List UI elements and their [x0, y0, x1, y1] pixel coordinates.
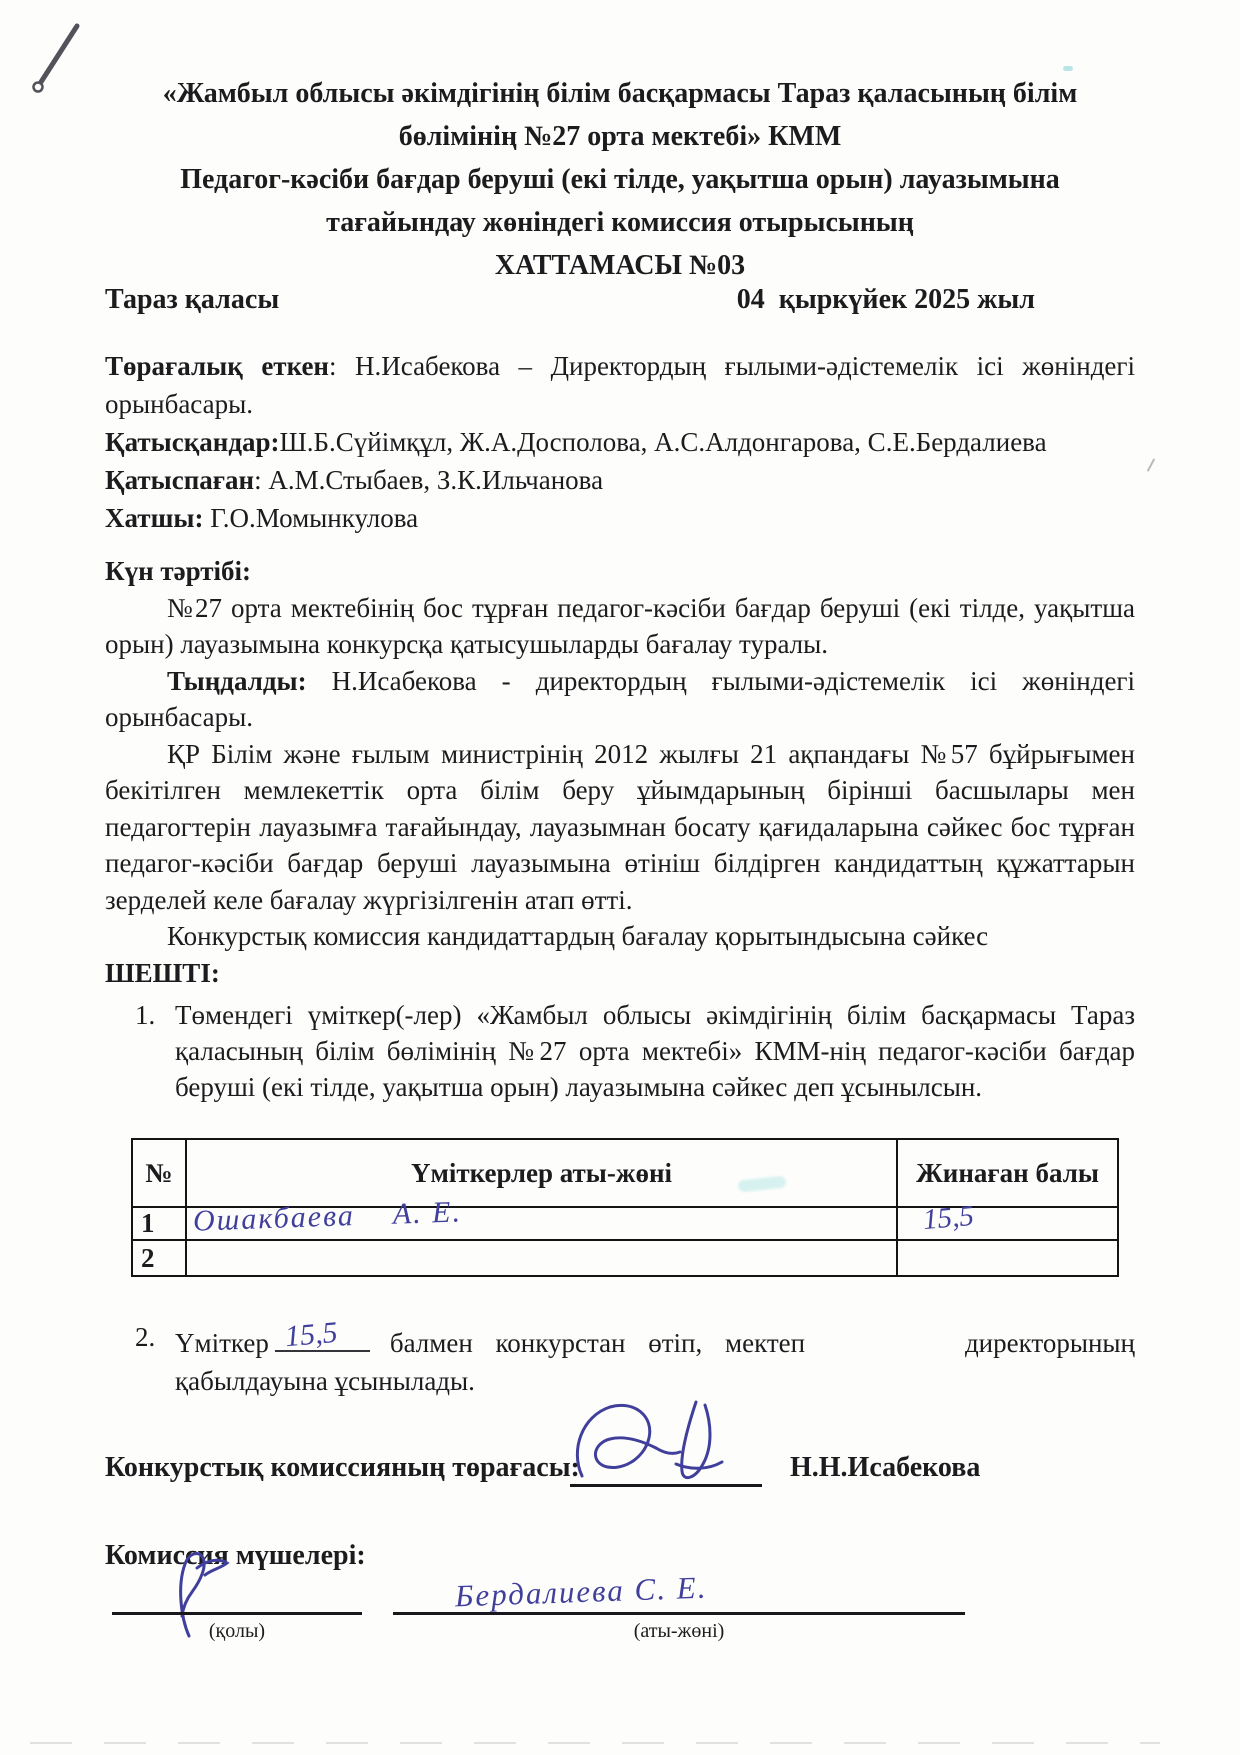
title-line-2: бөлімінің №27 орта мектебі» КММ — [105, 115, 1135, 158]
title-line-4: тағайындау жөніндегі комиссия отырысының — [105, 201, 1135, 244]
secretary-line: Хатшы: Г.О.Момынкулова — [105, 499, 1135, 537]
protocol-number: ХАТТАМАСЫ №03 — [105, 244, 1135, 287]
agenda-paragraph: №27 орта мектебінің бос тұрған педагог-к… — [105, 590, 1135, 663]
chairperson-line: Төрағалық еткен: Н.Исабекова – Директорд… — [105, 347, 1135, 423]
order-paragraph: ҚР Білім және ғылым министрінің 2012 жыл… — [105, 736, 1135, 919]
header-candidate-name: Үміткерлер аты-жөні — [186, 1139, 897, 1207]
decision-2-tail: директорының — [965, 1324, 1135, 1362]
agenda-heading: Күн тәртібі: — [105, 553, 1135, 590]
attended-label: Қатысқандар: — [105, 427, 280, 457]
decision-item-2: 2. Үміткер 15,5 балмен конкурстан өтіп, … — [105, 1318, 1135, 1400]
document-date: 04 қыркүйек 2025 жыл — [737, 284, 1135, 316]
scan-artifact-dot — [1063, 66, 1073, 71]
body-section: Күн тәртібі: №27 орта мектебінің бос тұр… — [105, 553, 1135, 991]
chairman-label: Конкурстық комиссияның төрағасы: — [105, 1452, 580, 1484]
chairman-signature — [552, 1396, 782, 1491]
scan-artifact-tick — [1147, 458, 1155, 471]
decided-heading: ШЕШТІ: — [105, 955, 1135, 992]
decision-2-line-1: Үміткер 15,5 балмен конкурстан өтіп, мек… — [175, 1318, 1135, 1362]
row-2-score-cell — [897, 1240, 1118, 1276]
scan-edge-line — [30, 1742, 1160, 1744]
conclusion-lead: Конкурстық комиссия кандидаттардың бағал… — [105, 918, 1135, 955]
document-title: «Жамбыл облысы әкімдігінің білім басқарм… — [105, 72, 1135, 287]
place-date-row: Тараз қаласы 04 қыркүйек 2025 жыл — [105, 284, 1135, 316]
decision-1-number: 1. — [105, 997, 175, 1105]
decision-item-1: 1. Төмендегі үміткер(-лер) «Жамбыл облыс… — [105, 997, 1135, 1105]
header-score: Жинаған балы — [897, 1139, 1118, 1207]
secretary-text: Г.О.Момынкулова — [203, 503, 418, 533]
absent-text: : А.М.Стыбаев, З.К.Ильчанова — [254, 465, 603, 495]
attended-line: Қатысқандар:Ш.Б.Сүйімқұл, Ж.А.Досполова,… — [105, 423, 1135, 461]
decision-2-text: Үміткер 15,5 балмен конкурстан өтіп, мек… — [175, 1318, 1135, 1400]
secretary-label: Хатшы: — [105, 503, 203, 533]
chairman-name: Н.Н.Исабекова — [790, 1452, 980, 1484]
table-row: 2 — [132, 1240, 1118, 1276]
decision-2-pre: Үміткер — [175, 1324, 269, 1362]
row-1-number: 1 — [132, 1207, 186, 1240]
signature-caption: (қолы) — [112, 1620, 362, 1643]
title-line-3: Педагог-кәсіби бағдар беруші (екі тілде,… — [105, 158, 1135, 201]
header-number: № — [132, 1139, 186, 1207]
heard-label: Тыңдалды: — [167, 666, 307, 696]
absent-line: Қатыспаған: А.М.Стыбаев, З.К.Ильчанова — [105, 461, 1135, 499]
participants-section: Төрағалық еткен: Н.Исабекова – Директорд… — [105, 347, 1135, 537]
handwritten-score-value: 15,5 — [283, 1314, 339, 1356]
row-2-name-cell — [186, 1240, 897, 1276]
place-name: Тараз қаласы — [105, 284, 279, 316]
candidates-table-wrap: № Үміткерлер аты-жөні Жинаған балы 1 2 О… — [131, 1138, 1117, 1277]
decision-2-line-2: қабылдауына ұсынылады. — [175, 1366, 475, 1396]
attended-text: Ш.Б.Сүйімқұл, Ж.А.Досполова, А.С.Алдонга… — [280, 427, 1047, 457]
name-caption: (аты-жөні) — [393, 1620, 965, 1643]
heard-paragraph: Тыңдалды: Н.Исабекова - директордың ғылы… — [105, 663, 1135, 736]
chairperson-label: Төрағалық еткен — [105, 351, 329, 381]
decision-2-number: 2. — [105, 1318, 175, 1400]
decision-2-mid: балмен конкурстан өтіп, мектеп — [390, 1324, 805, 1362]
decision-1-text: Төмендегі үміткер(-лер) «Жамбыл облысы ә… — [175, 997, 1135, 1105]
absent-label: Қатыспаған — [105, 465, 254, 495]
handwritten-candidate-score: 15,5 — [922, 1200, 975, 1237]
score-blank-line: 15,5 — [275, 1318, 370, 1352]
handwritten-member-name: Бердалиева С. Е. — [454, 1570, 708, 1615]
signature-rule — [112, 1612, 362, 1615]
scanned-protocol-document: «Жамбыл облысы әкімдігінің білім басқарм… — [0, 0, 1240, 1755]
pen-stroke-mark — [25, 20, 89, 104]
row-2-number: 2 — [132, 1240, 186, 1276]
title-line-1: «Жамбыл облысы әкімдігінің білім басқарм… — [105, 72, 1135, 115]
table-header-row: № Үміткерлер аты-жөні Жинаған балы — [132, 1139, 1118, 1207]
